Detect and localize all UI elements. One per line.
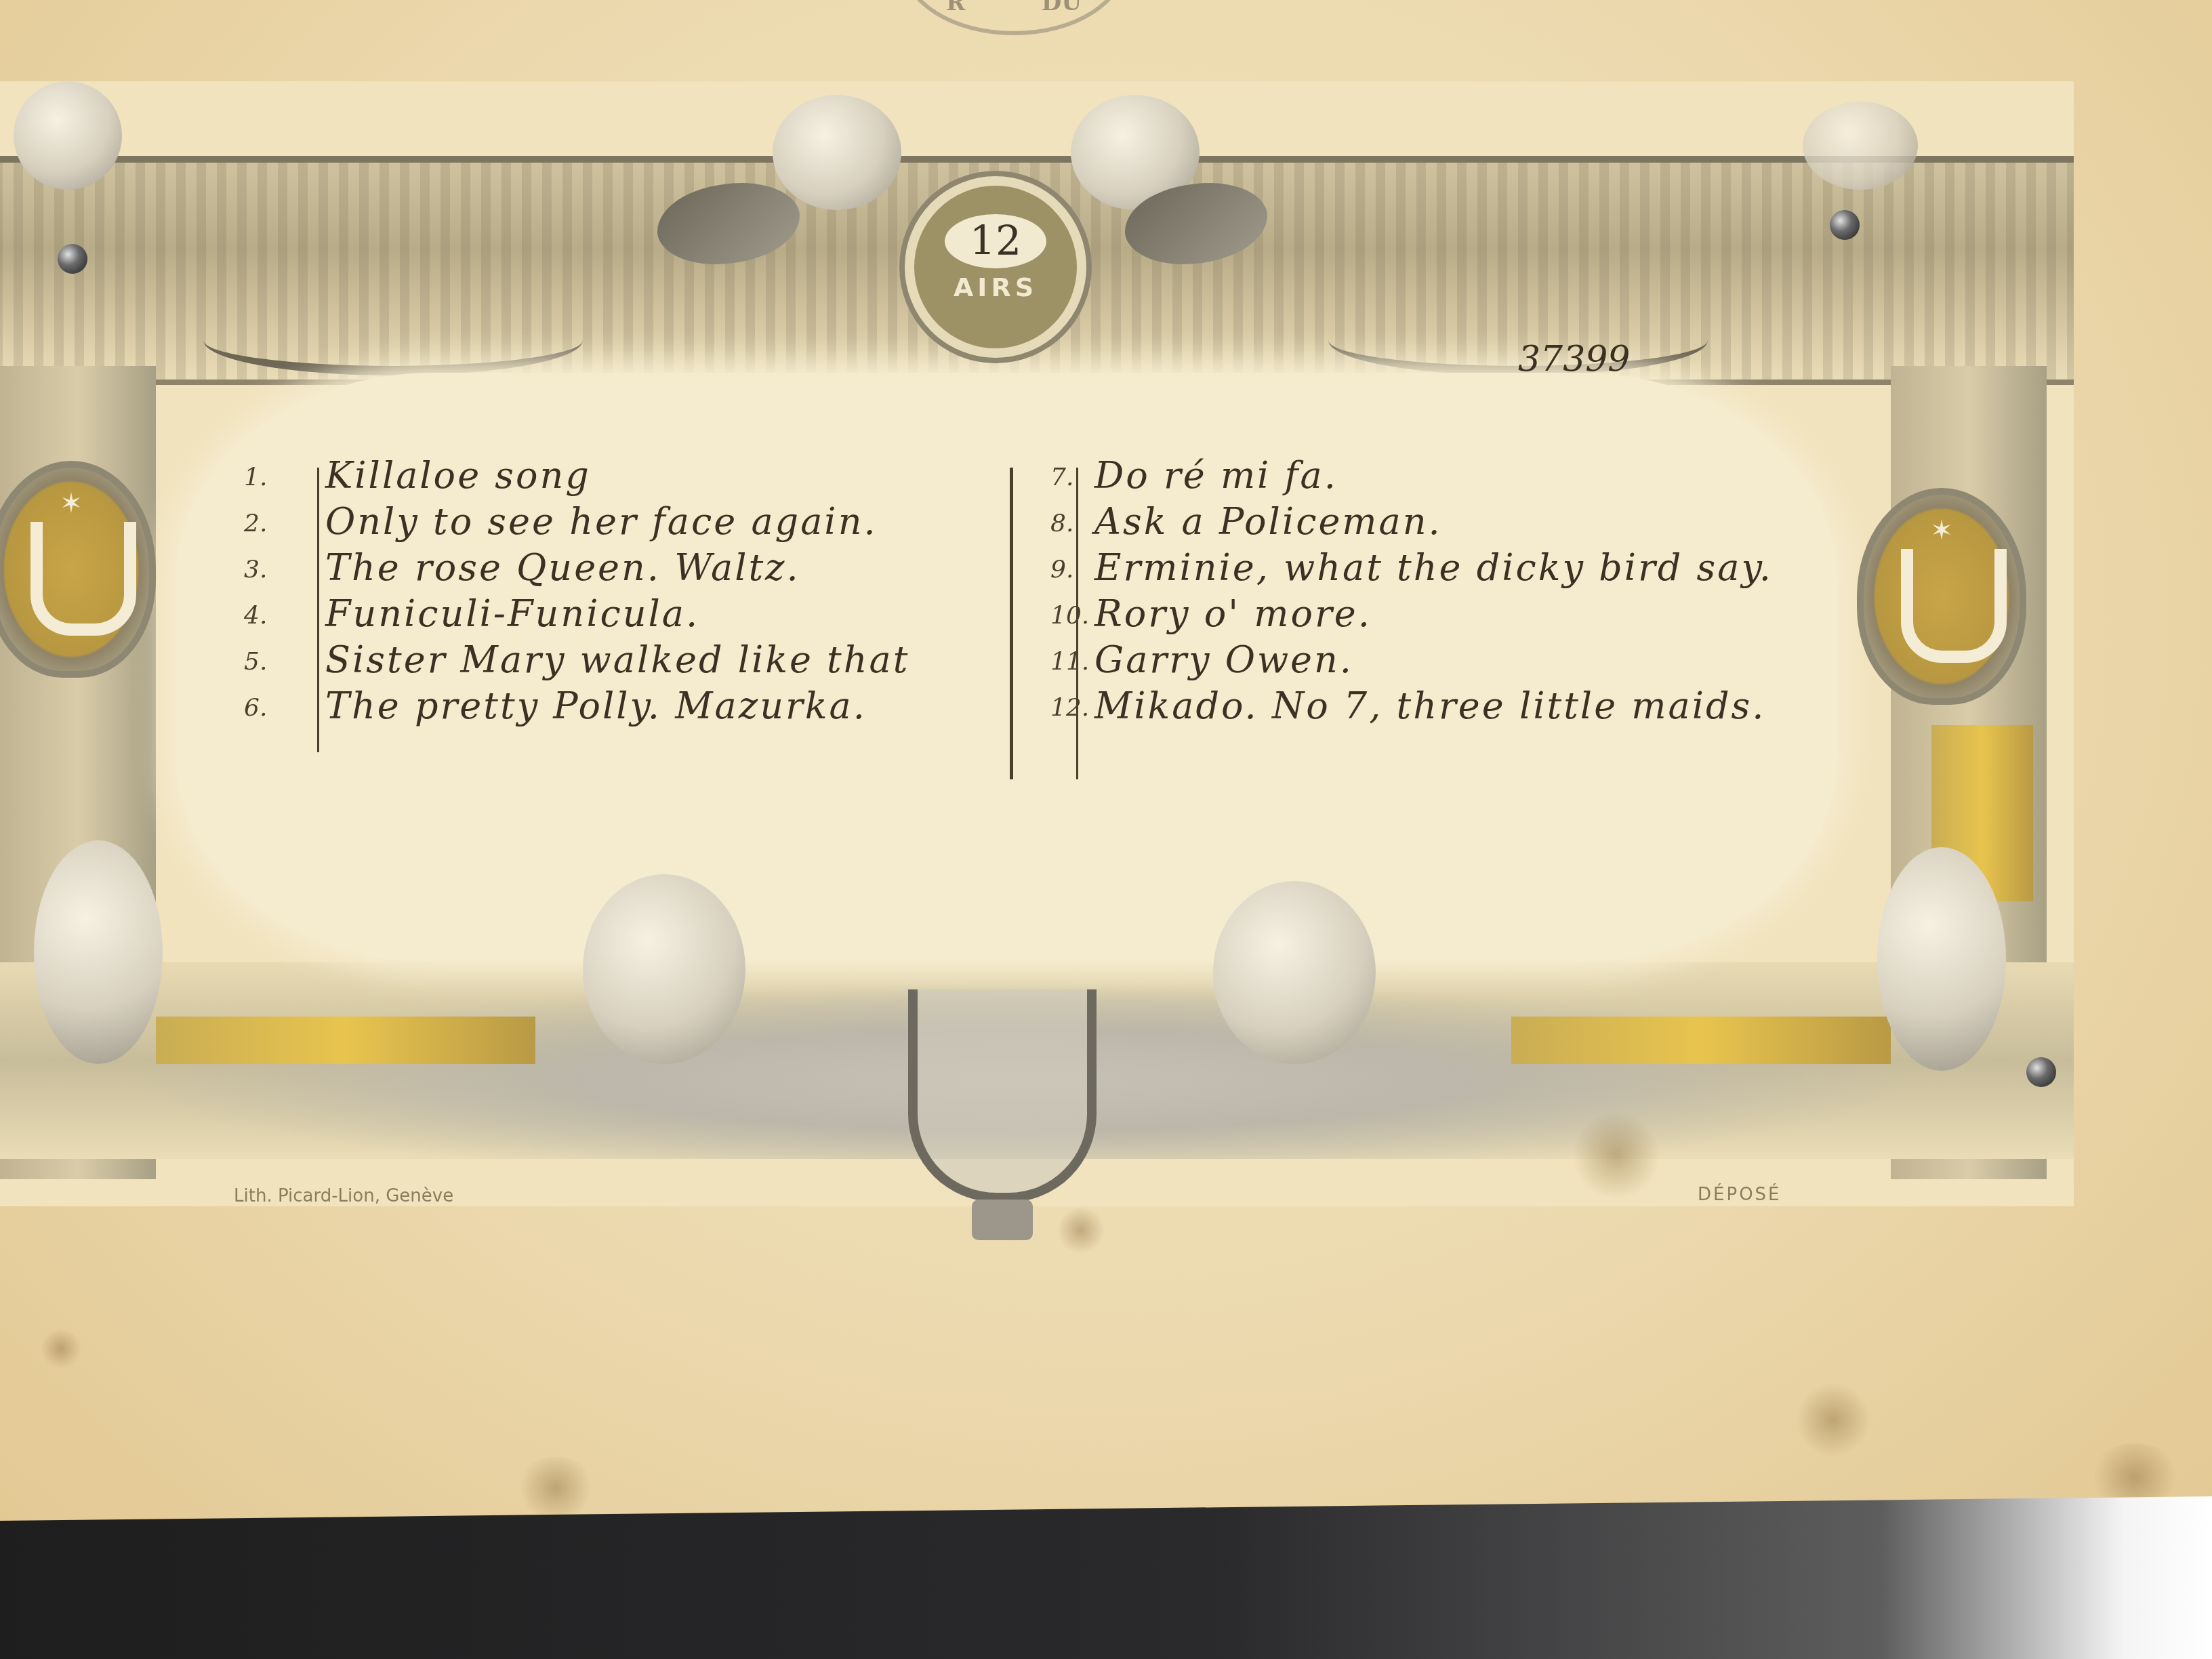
- foxing-spot: [1057, 1206, 1105, 1254]
- bust-portrait-icon: [14, 81, 122, 190]
- stamp-left-text: R: [946, 0, 965, 16]
- tune-title: Garry Owen.: [1094, 638, 1353, 681]
- lyre-emblem-icon: ✶: [1857, 488, 2026, 705]
- cherub-reading-icon: [773, 95, 901, 210]
- airs-medallion: 12 AIRS: [905, 176, 1086, 358]
- lyre-emblem-icon: ✶: [0, 461, 156, 678]
- registered-mark: DÉPOSÉ: [1698, 1185, 1782, 1205]
- lyre-urn-icon: [908, 989, 1097, 1202]
- gold-leaf-strip: [156, 1017, 535, 1064]
- column-divider: [1010, 468, 1013, 779]
- table-surface: [0, 1496, 2212, 1659]
- tune-title: Erminie, what the dicky bird say.: [1094, 546, 1773, 589]
- gold-leaf-strip: [1511, 1017, 1891, 1064]
- ink-stamp: R DU: [901, 0, 1126, 35]
- tune-title: Rory o' more.: [1094, 592, 1372, 635]
- printer-credit: Lith. Picard-Lion, Genève: [234, 1186, 453, 1206]
- tune-title: Ask a Policeman.: [1094, 500, 1442, 543]
- column-rule: [317, 468, 319, 752]
- foxing-spot: [515, 1457, 596, 1518]
- tune-title: Killaloe song: [325, 454, 591, 497]
- paper-sheet: R DU 12 AIRS ✶ ✶: [0, 0, 2212, 1559]
- tune-card: 12 AIRS ✶ ✶: [0, 81, 2074, 1206]
- airs-count: 12: [945, 214, 1046, 268]
- trophy-ornament-icon: [1803, 102, 1918, 190]
- tune-title: The rose Queen. Waltz.: [325, 546, 800, 589]
- drape-swag: [203, 305, 583, 375]
- cherub-harp-icon: [34, 840, 163, 1064]
- tune-title: Mikado. No 7, three little maids.: [1094, 684, 1765, 727]
- stamp-right-text: DU: [1042, 0, 1082, 16]
- foxing-spot: [1572, 1111, 1660, 1200]
- pin-icon: [58, 244, 87, 274]
- tune-title: Do ré mi fa.: [1094, 454, 1338, 497]
- pin-icon: [1830, 210, 1860, 240]
- pin-icon: [2026, 1057, 2056, 1087]
- cherub-horn-icon: [1213, 881, 1376, 1064]
- serial-number: 37399: [1518, 339, 1630, 380]
- foxing-spot: [1796, 1382, 1870, 1457]
- tune-title: The pretty Polly. Mazurka.: [325, 684, 867, 727]
- tune-title: Funiculi-Funicula.: [325, 592, 699, 635]
- tune-title: Only to see her face again.: [325, 500, 878, 543]
- airs-label: AIRS: [914, 272, 1077, 302]
- cherub-flute-icon: [583, 874, 745, 1064]
- foxing-spot: [41, 1328, 81, 1369]
- tune-title: Sister Mary walked like that: [325, 638, 909, 681]
- cherub-harp-icon: [1877, 847, 2006, 1071]
